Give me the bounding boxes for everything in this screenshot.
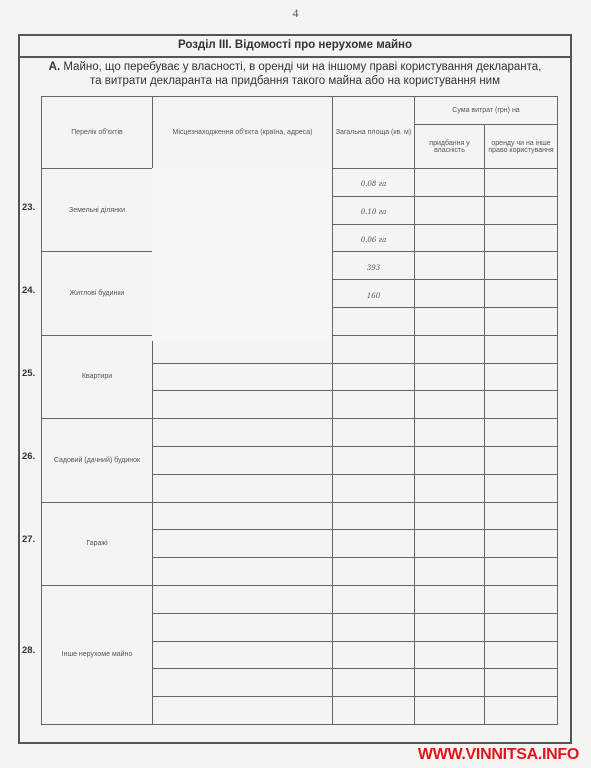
purchase-cell[interactable] bbox=[415, 363, 485, 391]
rent-cell[interactable] bbox=[485, 252, 558, 280]
subsection-line2: та витрати декларанта на придбання таког… bbox=[90, 75, 500, 87]
purchase-cell[interactable] bbox=[415, 196, 485, 224]
rent-cell[interactable] bbox=[485, 558, 558, 586]
purchase-cell[interactable] bbox=[415, 669, 485, 697]
purchase-cell[interactable] bbox=[415, 391, 485, 419]
area-cell-value: 0.08 га bbox=[361, 180, 387, 188]
purchase-cell[interactable] bbox=[415, 252, 485, 280]
area-cell[interactable] bbox=[333, 641, 415, 669]
category-label: Земельні ділянки bbox=[42, 169, 153, 252]
location-cell[interactable] bbox=[153, 697, 333, 725]
location-cell[interactable] bbox=[153, 419, 333, 447]
area-cell-value: 393 bbox=[367, 264, 380, 272]
area-cell-value: 0.10 га bbox=[361, 208, 387, 216]
rent-cell[interactable] bbox=[485, 196, 558, 224]
purchase-cell[interactable] bbox=[415, 307, 485, 335]
purchase-cell[interactable] bbox=[415, 419, 485, 447]
category-label: Квартири bbox=[42, 335, 153, 418]
header-area: Загальна площа (кв. м) bbox=[333, 97, 415, 169]
category-number: 25. bbox=[22, 368, 35, 379]
section-title: Розділ III. Відомості про нерухоме майно bbox=[18, 34, 572, 58]
location-cell[interactable] bbox=[153, 669, 333, 697]
purchase-cell[interactable] bbox=[415, 335, 485, 363]
table-row: Інше нерухоме майно bbox=[42, 585, 558, 613]
rent-cell[interactable] bbox=[485, 419, 558, 447]
category-number: 26. bbox=[22, 451, 35, 462]
location-cell[interactable] bbox=[153, 502, 333, 530]
purchase-cell[interactable] bbox=[415, 585, 485, 613]
rent-cell[interactable] bbox=[485, 669, 558, 697]
area-cell[interactable] bbox=[333, 697, 415, 725]
rent-cell[interactable] bbox=[485, 224, 558, 252]
page-number: 4 bbox=[0, 6, 591, 21]
location-cell[interactable] bbox=[153, 530, 333, 558]
category-number: 27. bbox=[22, 534, 35, 545]
rent-cell[interactable] bbox=[485, 613, 558, 641]
location-cell[interactable] bbox=[153, 474, 333, 502]
rent-cell[interactable] bbox=[485, 446, 558, 474]
purchase-cell[interactable] bbox=[415, 169, 485, 197]
rent-cell[interactable] bbox=[485, 169, 558, 197]
rent-cell[interactable] bbox=[485, 391, 558, 419]
table-row: Садовий (дачний) будинок bbox=[42, 419, 558, 447]
area-cell[interactable] bbox=[333, 474, 415, 502]
purchase-cell[interactable] bbox=[415, 697, 485, 725]
area-cell[interactable]: 393 bbox=[333, 252, 415, 280]
rent-cell[interactable] bbox=[485, 363, 558, 391]
purchase-cell[interactable] bbox=[415, 446, 485, 474]
area-cell-value: 0.06 га bbox=[361, 236, 387, 244]
header-expenses-group: Сума витрат (грн) на bbox=[415, 97, 558, 125]
category-label: Садовий (дачний) будинок bbox=[42, 419, 153, 502]
rent-cell[interactable] bbox=[485, 530, 558, 558]
rent-cell[interactable] bbox=[485, 585, 558, 613]
category-number: 23. bbox=[22, 202, 35, 213]
location-cell[interactable] bbox=[153, 558, 333, 586]
purchase-cell[interactable] bbox=[415, 530, 485, 558]
rent-cell[interactable] bbox=[485, 697, 558, 725]
location-cell[interactable] bbox=[153, 641, 333, 669]
area-cell[interactable] bbox=[333, 391, 415, 419]
header-purchase: придбання у власність bbox=[415, 125, 485, 169]
redacted-area bbox=[152, 168, 332, 341]
rent-cell[interactable] bbox=[485, 335, 558, 363]
area-cell[interactable] bbox=[333, 307, 415, 335]
area-cell[interactable] bbox=[333, 585, 415, 613]
header-objects: Перелік об'єктів bbox=[42, 97, 153, 169]
purchase-cell[interactable] bbox=[415, 474, 485, 502]
area-cell[interactable]: 0.10 га bbox=[333, 196, 415, 224]
category-label: Житлові будинки bbox=[42, 252, 153, 335]
area-cell[interactable] bbox=[333, 502, 415, 530]
area-cell[interactable] bbox=[333, 335, 415, 363]
purchase-cell[interactable] bbox=[415, 224, 485, 252]
subsection-line1: Майно, що перебуває у власності, в оренд… bbox=[63, 61, 541, 73]
rent-cell[interactable] bbox=[485, 280, 558, 308]
header-location: Місцезнаходження об'єкта (країна, адреса… bbox=[153, 97, 333, 169]
category-label: Гаражі bbox=[42, 502, 153, 585]
area-cell[interactable]: 0.08 га bbox=[333, 169, 415, 197]
category-number: 24. bbox=[22, 285, 35, 296]
watermark: WWW.VINNITSA.INFO bbox=[418, 746, 579, 764]
purchase-cell[interactable] bbox=[415, 641, 485, 669]
purchase-cell[interactable] bbox=[415, 502, 485, 530]
category-number: 28. bbox=[22, 645, 35, 656]
subsection-heading: А. Майно, що перебуває у власності, в ор… bbox=[18, 60, 572, 88]
area-cell[interactable] bbox=[333, 419, 415, 447]
header-rent: оренду чи на інше право користування bbox=[485, 125, 558, 169]
area-cell[interactable] bbox=[333, 530, 415, 558]
area-cell[interactable] bbox=[333, 363, 415, 391]
location-cell[interactable] bbox=[153, 363, 333, 391]
area-cell[interactable] bbox=[333, 613, 415, 641]
location-cell[interactable] bbox=[153, 446, 333, 474]
area-cell[interactable]: 0.06 га bbox=[333, 224, 415, 252]
purchase-cell[interactable] bbox=[415, 613, 485, 641]
location-cell[interactable] bbox=[153, 391, 333, 419]
rent-cell[interactable] bbox=[485, 474, 558, 502]
location-cell[interactable] bbox=[153, 585, 333, 613]
area-cell[interactable]: 160 bbox=[333, 280, 415, 308]
area-cell[interactable] bbox=[333, 558, 415, 586]
location-cell[interactable] bbox=[153, 613, 333, 641]
rent-cell[interactable] bbox=[485, 307, 558, 335]
area-cell[interactable] bbox=[333, 669, 415, 697]
table-row: Гаражі bbox=[42, 502, 558, 530]
rent-cell[interactable] bbox=[485, 502, 558, 530]
area-cell[interactable] bbox=[333, 446, 415, 474]
purchase-cell[interactable] bbox=[415, 280, 485, 308]
subsection-letter: А. bbox=[49, 61, 61, 73]
category-label: Інше нерухоме майно bbox=[42, 585, 153, 724]
area-cell-value: 160 bbox=[367, 292, 380, 300]
purchase-cell[interactable] bbox=[415, 558, 485, 586]
rent-cell[interactable] bbox=[485, 641, 558, 669]
